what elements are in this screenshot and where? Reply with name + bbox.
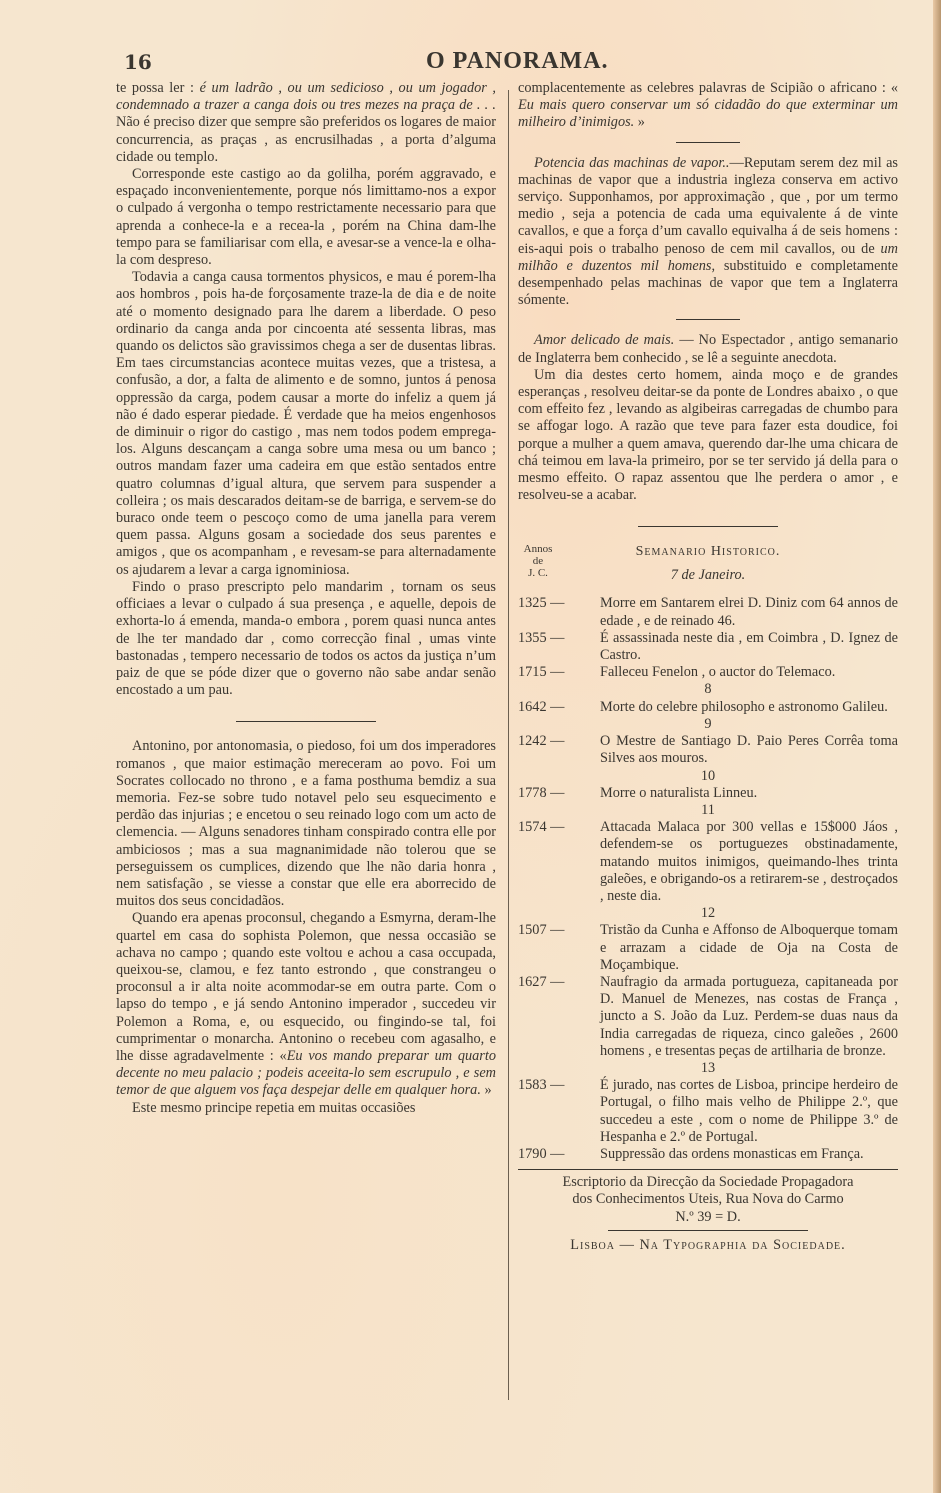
entry-text: O Mestre de Santiago D. Paio Peres Corrê…: [600, 733, 898, 767]
right-column: complacentemente as celebres palavras de…: [518, 80, 898, 1254]
article-title: Potencia das machinas de vapor..: [534, 155, 730, 171]
history-entry: 1583 —É jurado, nas cortes de Lisboa, pr…: [518, 1077, 898, 1146]
section-rule: [676, 142, 740, 143]
history-entry: 1325 —Morre em Santarem elrei D. Diniz c…: [518, 595, 898, 629]
history-entry: 1242 —O Mestre de Santiago D. Paio Peres…: [518, 733, 898, 767]
paragraph: Amor delicado de mais. — No Espectador ,…: [518, 332, 898, 366]
day-number: 9: [518, 716, 898, 733]
entry-year: 1790 —: [518, 1146, 600, 1163]
entry-text: Suppressão das ordens monasticas em Fran…: [600, 1146, 898, 1163]
section-rule: [676, 319, 740, 320]
footer-rule: [518, 1169, 898, 1170]
entry-year: 1583 —: [518, 1077, 600, 1146]
history-entry: 1790 —Suppressão das ordens monasticas e…: [518, 1146, 898, 1163]
entry-year: 1507 —: [518, 922, 600, 974]
paragraph: Potencia das machinas de vapor..—Reputam…: [518, 155, 898, 310]
newspaper-page: 16 O PANORAMA. te possa ler : é um ladrã…: [116, 44, 898, 80]
paragraph: Antonino, por antonomasia, o piedoso, fo…: [116, 738, 496, 910]
entry-year: 1778 —: [518, 785, 600, 802]
entry-text: Tristão da Cunha e Affonso de Alboquerqu…: [600, 922, 898, 974]
entry-year: 1715 —: [518, 664, 600, 681]
entry-year: 1355 —: [518, 630, 600, 664]
day-number: 12: [518, 905, 898, 922]
entry-text: Morre o naturalista Linneu.: [600, 785, 898, 802]
history-entry: 1627 —Naufragio da armada portugueza, ca…: [518, 974, 898, 1060]
entry-text: Naufragio da armada portugueza, capitane…: [600, 974, 898, 1060]
paragraph: Um dia destes certo homem, ainda moço e …: [518, 367, 898, 505]
paragraph: Este mesmo principe repetia em muitas oc…: [116, 1100, 496, 1117]
entry-year: 1325 —: [518, 595, 600, 629]
entry-year: 1627 —: [518, 974, 600, 1060]
paragraph: Corresponde este castigo ao da golilha, …: [116, 166, 496, 269]
history-entry: 1778 —Morre o naturalista Linneu.: [518, 785, 898, 802]
paragraph: Quando era apenas proconsul, chegando a …: [116, 910, 496, 1099]
imprint: Escriptorio da Direcção da Sociedade Pro…: [518, 1174, 898, 1226]
column-divider: [508, 90, 509, 1400]
paragraph: te possa ler : é um ladrão , ou um sedic…: [116, 80, 496, 166]
article-title: Amor delicado de mais.: [534, 332, 674, 348]
page-number: 16: [124, 50, 152, 74]
page-header: 16 O PANORAMA.: [116, 44, 898, 80]
imprint-rule: [608, 1230, 808, 1231]
semanario-header: Semanario Historico. Annos de J. C. 7 de…: [518, 539, 898, 595]
day-number: 10: [518, 768, 898, 785]
entry-text: Morte do celebre philosopho e astronomo …: [600, 699, 898, 716]
paragraph: complacentemente as celebres palavras de…: [518, 80, 898, 132]
entry-year: 1242 —: [518, 733, 600, 767]
entry-text: Morre em Santarem elrei D. Diniz com 64 …: [600, 595, 898, 629]
entry-year: 1642 —: [518, 699, 600, 716]
day-number: 11: [518, 802, 898, 819]
day-number: 13: [518, 1060, 898, 1077]
history-entry: 1642 —Morte do celebre philosopho e astr…: [518, 699, 898, 716]
history-entry: 1355 —É assassinada neste dia , em Coimb…: [518, 630, 898, 664]
semanario-title: Semanario Historico.: [518, 543, 898, 560]
left-column: te possa ler : é um ladrão , ou um sedic…: [116, 80, 496, 1117]
history-entry: 1715 —Falleceu Fenelon , o auctor do Tel…: [518, 664, 898, 681]
entry-year: 1574 —: [518, 819, 600, 905]
entry-text: Attacada Malaca por 300 vellas e 15$000 …: [600, 819, 898, 905]
semanario-date: 7 de Janeiro.: [518, 567, 898, 584]
section-rule: [638, 526, 778, 527]
typography-line: Lisboa — Na Typographia da Sociedade.: [518, 1237, 898, 1254]
masthead-title: O PANORAMA.: [426, 48, 609, 75]
semanario-entries: 1325 —Morre em Santarem elrei D. Diniz c…: [518, 595, 898, 1163]
paragraph: Findo o praso prescripto pelo mandarim ,…: [116, 579, 496, 699]
history-entry: 1507 —Tristão da Cunha e Affonso de Albo…: [518, 922, 898, 974]
entry-text: É jurado, nas cortes de Lisboa, principe…: [600, 1077, 898, 1146]
paragraph: Todavia a canga causa tormentos physicos…: [116, 269, 496, 579]
history-entry: 1574 —Attacada Malaca por 300 vellas e 1…: [518, 819, 898, 905]
section-rule: [236, 721, 376, 722]
page-edge: [933, 0, 941, 1493]
day-number: 8: [518, 681, 898, 698]
entry-text: Falleceu Fenelon , o auctor do Telemaco.: [600, 664, 898, 681]
entry-text: É assassinada neste dia , em Coimbra , D…: [600, 630, 898, 664]
